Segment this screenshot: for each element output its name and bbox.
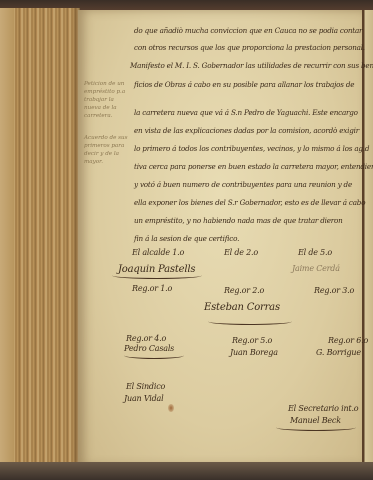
signature-title-alcalde-5: El de 5.o [298,248,332,257]
body-line-1: do que añadiò mucha conviccion que en Ca… [134,26,362,35]
bottom-edge [0,462,373,480]
body-line-7: lo primero á todos los contribuyentes, v… [134,144,369,153]
margin-note-2: Acuerdo de sus primeros para decir y de … [84,134,132,166]
body-line-10: ella exponer los bienes del S.r Gobernad… [134,198,365,207]
body-line-11: un empréstito, y no habiendo nada mas de… [134,216,343,225]
signature-title-regidor-3: Reg.or 3.o [314,286,354,295]
body-line-9: y votó á buen numero de contribuyentes p… [134,180,352,189]
signature-title-regidor-4: Reg.or 4.o [126,334,166,343]
ink-stain [168,404,174,412]
signature-flourish [276,424,356,431]
margin-note-1: Peticion de un empréstito p.a trabajar l… [84,80,132,120]
outer-leaf [0,8,14,468]
signature-title-regidor-1: Reg.or 1.o [132,284,172,293]
signature-title-alcalde-2: El de 2.o [224,248,258,257]
signature-flourish [208,318,292,325]
signature-name-borrigue: G. Borrigue [316,348,361,357]
body-line-2: con otros recursos que los que proporcio… [134,43,365,52]
signature-name-vidal: Juan Vidal [124,394,163,403]
body-line-12: fin á la sesion de que certifico. [134,234,239,243]
signature-flourish [112,272,202,279]
signature-title-regidor-6: Reg.or 6.o [328,336,368,345]
body-line-5: la carretera nueva que vá á S.n Pedro de… [134,108,358,117]
right-page-edge [362,10,373,466]
body-line-6: en vista de las explicaciones dadas por … [134,126,359,135]
signature-name-borega: Juan Borega [230,348,278,357]
scanned-ledger-photo: Peticion de un empréstito p.a trabajar l… [0,0,373,480]
body-line-8: tiva cerca para ponerse en buen estado l… [134,162,373,171]
signature-title-secretario: El Secretario int.o [288,404,358,413]
body-line-4: ficios de Obras á cabo en su posible par… [134,80,354,89]
signature-title-regidor-5: Reg.or 5.o [232,336,272,345]
signature-title-regidor-2: Reg.or 2.o [224,286,264,295]
signature-flourish [124,352,184,359]
signature-title-alcalde-1: El alcalde 1.o [132,248,184,257]
page-stack-edges [0,8,80,468]
signature-title-sindico: El Sindico [126,382,165,391]
body-line-3: Manifesto el M. I. S. Gobernador las uti… [130,61,373,70]
signature-name-corras: Esteban Corras [204,302,280,313]
signature-name-cerda: Jaime Cerdá [292,264,340,273]
